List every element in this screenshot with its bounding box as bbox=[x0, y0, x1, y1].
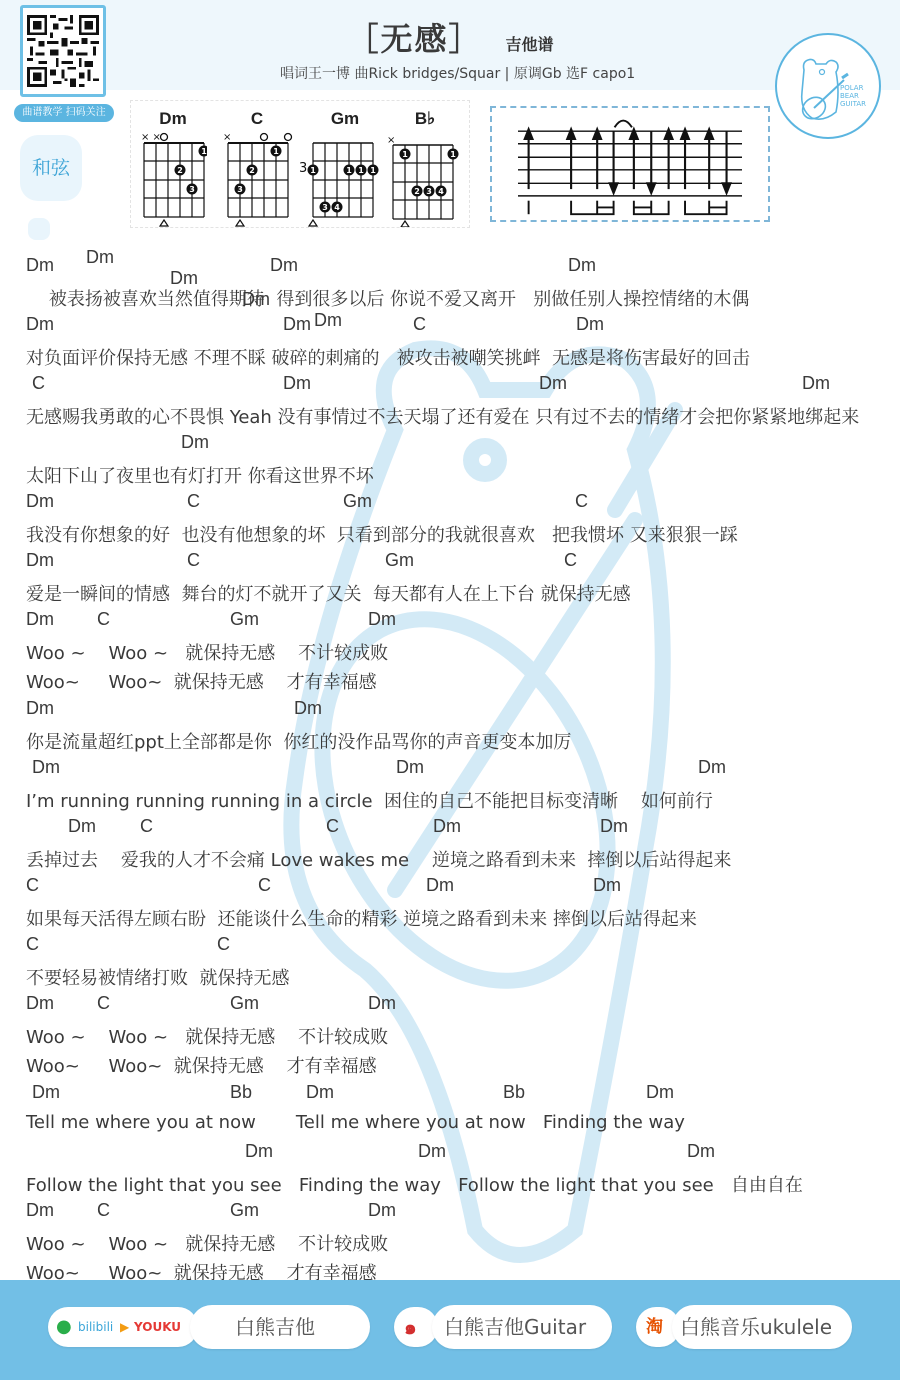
chord-label: Gm bbox=[385, 550, 414, 571]
svg-text:2: 2 bbox=[249, 166, 255, 175]
chord-label: Dm bbox=[568, 255, 596, 276]
lyric-line: Woo~ Woo~ 就保持无感 才有幸福感 bbox=[26, 668, 377, 694]
chord-label: Dm bbox=[26, 1200, 54, 1221]
chord-label: Dm bbox=[26, 255, 54, 276]
title-block: ［无感］ 吉他谱 bbox=[0, 14, 900, 60]
chord-label: Dm bbox=[698, 757, 726, 778]
chord-name: C bbox=[221, 109, 293, 129]
bilibili-icon: bilibili bbox=[78, 1307, 113, 1347]
fretboard-icon: 3 1 1 1 1 3 4 bbox=[299, 131, 379, 227]
svg-text:3: 3 bbox=[237, 185, 243, 194]
lyric-line: 爱是一瞬间的情感 舞台的灯不就开了又关 每天都有人在上下台 就保持无感 bbox=[26, 580, 631, 606]
svg-text:1: 1 bbox=[201, 147, 207, 156]
video-account-name: 白熊吉他 bbox=[235, 1305, 315, 1349]
chord-label: C bbox=[97, 1200, 110, 1221]
lyric-line: Woo~ Woo~ 就保持无感 才有幸福感 bbox=[26, 1052, 377, 1078]
chord-label: Gm bbox=[230, 1200, 259, 1221]
chord-label: Bb bbox=[503, 1082, 525, 1103]
chord-label: Gm bbox=[230, 609, 259, 630]
chord-label: Dm bbox=[26, 993, 54, 1014]
svg-text:×: × bbox=[223, 132, 231, 143]
svg-text:1: 1 bbox=[358, 166, 364, 175]
lyric-line: Tell me where you at now Tell me where y… bbox=[26, 1112, 685, 1133]
fretboard-icon: × 1 1 2 3 4 bbox=[385, 131, 465, 227]
footer: ● bilibili ▶ YOUKU 白熊吉他 ๑ 白熊吉他Guitar 淘 白… bbox=[0, 1280, 900, 1380]
intro-chord-line: Dm Dm Dm Dm bbox=[0, 226, 20, 352]
lyric-line: 不要轻易被情绪打败 就保持无感 bbox=[26, 964, 289, 990]
svg-text:3: 3 bbox=[426, 187, 432, 196]
svg-text:1: 1 bbox=[450, 150, 456, 159]
chord-label: Dm bbox=[26, 550, 54, 571]
chord-label: Dm bbox=[26, 609, 54, 630]
chord-label: Dm bbox=[283, 314, 311, 335]
chord-name: Gm bbox=[305, 109, 385, 129]
chord-label: C bbox=[326, 816, 339, 837]
chord-label: C bbox=[26, 875, 39, 896]
chord-label: Dm bbox=[396, 757, 424, 778]
weibo-icon: ๑ bbox=[404, 1307, 417, 1347]
lyric-line: Follow the light that you see Finding th… bbox=[26, 1171, 803, 1197]
lyric-line: Woo ~ Woo ~ 就保持无感 不计较成败 bbox=[26, 1023, 388, 1049]
chord-label: Dm bbox=[433, 816, 461, 837]
platforms-badge[interactable]: ● bilibili ▶ YOUKU bbox=[48, 1307, 198, 1347]
video-account-pill[interactable]: 白熊吉他 bbox=[190, 1305, 370, 1349]
lyric-line: 被表扬被喜欢当然值得期待 得到很多以后 你说不爱又离开 别做任别人操控情绪的木偶 bbox=[26, 285, 749, 311]
taobao-icon: 淘 bbox=[646, 1307, 663, 1347]
chord-label: C bbox=[140, 816, 153, 837]
chord-label: Dm bbox=[368, 1200, 396, 1221]
lyric-line: Woo ~ Woo ~ 就保持无感 不计较成败 bbox=[26, 639, 388, 665]
weibo-account-pill[interactable]: 白熊吉他Guitar bbox=[432, 1305, 612, 1349]
svg-text:3: 3 bbox=[299, 161, 307, 176]
lyric-line: 丢掉过去 爱我的人才不会痛 Love wakes me 逆境之路看到未来 摔倒以… bbox=[26, 846, 731, 872]
chord-label: C bbox=[26, 934, 39, 955]
chord-label: Dm bbox=[26, 491, 54, 512]
youku-play-icon: ▶ bbox=[120, 1307, 129, 1347]
chord-label: Dm bbox=[306, 1082, 334, 1103]
chord-label: C bbox=[187, 491, 200, 512]
chord-diagram-gm: Gm 3 1 1 1 1 3 4 bbox=[299, 109, 379, 227]
lyric-line: I’m running running running in a circle … bbox=[26, 787, 713, 813]
fretboard-icon: × 1 2 3 bbox=[221, 131, 293, 227]
strum-pattern-panel bbox=[490, 106, 770, 222]
strum-pattern-icon bbox=[492, 108, 768, 220]
chord-label: Dm bbox=[181, 432, 209, 453]
chord-label: C bbox=[258, 875, 271, 896]
lyric-line: 如果每天活得左顾右盼 还能谈什么生命的精彩 逆境之路看到未来 摔倒以后站得起来 bbox=[26, 905, 697, 931]
chord-label: C bbox=[32, 373, 45, 394]
youku-icon: YOUKU bbox=[134, 1307, 181, 1347]
taobao-account-name: 白熊音乐ukulele bbox=[680, 1305, 832, 1349]
chord-label: C bbox=[413, 314, 426, 335]
wechat-icon: ● bbox=[56, 1307, 72, 1347]
sheet-type-label: 吉他谱 bbox=[506, 32, 554, 55]
taobao-account-pill[interactable]: 白熊音乐ukulele bbox=[672, 1305, 852, 1349]
chord-label: Dm bbox=[646, 1082, 674, 1103]
chord-label: Dm bbox=[283, 373, 311, 394]
svg-text:POLAR: POLAR bbox=[840, 84, 864, 92]
chord-label: Dm bbox=[245, 1141, 273, 1162]
chord-label: Dm bbox=[802, 373, 830, 394]
chord-label: Dm bbox=[314, 310, 342, 331]
lyric-line: 你是流量超红ppt上全部都是你 你红的没作品骂你的声音更变本加厉 bbox=[26, 728, 571, 754]
bear-logo-icon: POLAR BEAR GUITAR bbox=[774, 32, 882, 140]
chord-label: Dm bbox=[576, 314, 604, 335]
chord-label: Dm bbox=[68, 816, 96, 837]
chord-label: Dm bbox=[539, 373, 567, 394]
lyric-line: 太阳下山了夜里也有灯打开 你看这世界不坏 bbox=[26, 462, 374, 488]
chord-label: Dm bbox=[294, 698, 322, 719]
chord-section-label: 和弦 bbox=[20, 135, 82, 201]
svg-text:1: 1 bbox=[402, 150, 408, 159]
svg-text:1: 1 bbox=[310, 166, 316, 175]
chord-label: C bbox=[97, 993, 110, 1014]
chord-label: Dm bbox=[26, 698, 54, 719]
svg-text:3: 3 bbox=[189, 185, 195, 194]
chord-label: C bbox=[187, 550, 200, 571]
svg-text:1: 1 bbox=[273, 147, 279, 156]
svg-text:1: 1 bbox=[370, 166, 376, 175]
svg-text:4: 4 bbox=[334, 203, 340, 212]
chord-label: C bbox=[97, 609, 110, 630]
chord-label: C bbox=[564, 550, 577, 571]
chord-diagrams-panel: Dm × × 1 2 3 C × bbox=[130, 100, 470, 228]
chord-label: Dm bbox=[368, 609, 396, 630]
chord-tag-decoration bbox=[28, 218, 50, 240]
chord-label: Dm bbox=[32, 1082, 60, 1103]
chord-diagram-c: C × 1 2 3 bbox=[221, 109, 293, 227]
chord-diagram-bb: B♭ × 1 1 2 3 4 bbox=[385, 109, 465, 227]
lyric-line: 对负面评价保持无感 不理不睬 破碎的刺痛的 被攻击被嘲笑挑衅 无感是将伤害最好的… bbox=[26, 344, 750, 370]
chord-label: Dm bbox=[26, 314, 54, 335]
chord-label: Dm bbox=[418, 1141, 446, 1162]
lyric-line: 无感赐我勇敢的心不畏惧 Yeah 没有事情过不去天塌了还有爱在 只有过不去的情绪… bbox=[26, 403, 859, 429]
polar-bear-guitar-logo: POLAR BEAR GUITAR bbox=[774, 32, 882, 140]
chord-label: Bb bbox=[230, 1082, 252, 1103]
svg-text:× ×: × × bbox=[141, 132, 161, 143]
svg-text:4: 4 bbox=[438, 187, 444, 196]
qr-caption: 曲谱教学 扫码关注 bbox=[14, 104, 114, 122]
svg-text:1: 1 bbox=[346, 166, 352, 175]
chord-label: Dm bbox=[368, 993, 396, 1014]
chord-label: Dm bbox=[593, 875, 621, 896]
svg-text:2: 2 bbox=[177, 166, 183, 175]
chord-label: Dm bbox=[687, 1141, 715, 1162]
chord-label: C bbox=[217, 934, 230, 955]
svg-text:BEAR: BEAR bbox=[840, 92, 859, 100]
chord-label: Dm bbox=[600, 816, 628, 837]
chord-diagram-dm: Dm × × 1 2 3 bbox=[139, 109, 207, 227]
chord-label: Gm bbox=[230, 993, 259, 1014]
chord-label: Dm bbox=[270, 255, 298, 276]
svg-text:2: 2 bbox=[414, 187, 420, 196]
chord-label: Dm bbox=[32, 757, 60, 778]
chord-label: C bbox=[575, 491, 588, 512]
chord-name: B♭ bbox=[385, 109, 465, 129]
chord-label: Gm bbox=[343, 491, 372, 512]
fretboard-icon: × × 1 2 3 bbox=[139, 131, 207, 227]
chord-label: Dm bbox=[86, 247, 114, 268]
svg-text:3: 3 bbox=[322, 203, 328, 212]
chord-label: Dm bbox=[426, 875, 454, 896]
song-credits: 唱词王一博 曲Rick bridges/Squar | 原调Gb 选F capo… bbox=[280, 63, 700, 83]
lyric-line: Woo ~ Woo ~ 就保持无感 不计较成败 bbox=[26, 1230, 388, 1256]
song-title: ［无感］ bbox=[346, 14, 482, 60]
svg-text:GUITAR: GUITAR bbox=[840, 100, 866, 108]
lyric-line: 我没有你想象的好 也没有他想象的坏 只看到部分的我就很喜欢 把我惯坏 又来狠狠一… bbox=[26, 521, 738, 547]
chord-name: Dm bbox=[139, 109, 207, 129]
weibo-account-name: 白熊吉他Guitar bbox=[444, 1305, 586, 1349]
